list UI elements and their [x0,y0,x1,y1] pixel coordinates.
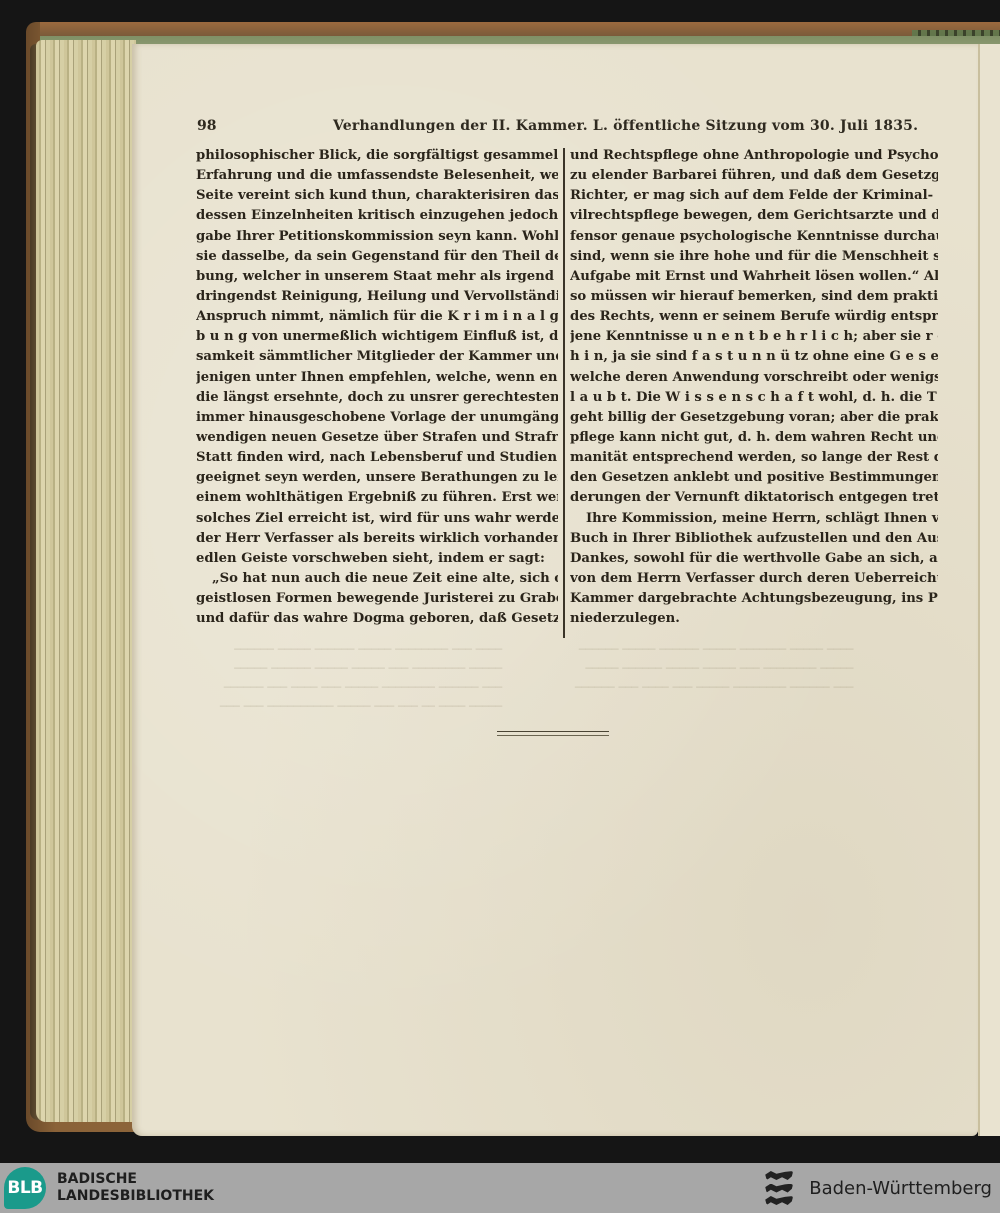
text-line: des Rechts, wenn er seinem Berufe würdig… [570,307,938,327]
text-line: den Gesetzen anklebt und positive Bestim… [570,468,938,488]
text-line: immer hinausgeschobene Vorlage der unumg… [196,408,558,428]
quote-line: sind, wenn sie ihre hohe und für die Men… [570,247,938,267]
text-line: sie dasselbe, da sein Gegenstand für den… [196,247,558,267]
text-line: jene Kenntnisse u n e n t b e h r l i c … [570,327,938,347]
text-line: Aufgabe mit Ernst und Wahrheit lösen wol… [570,267,938,287]
bleed-through-texture: ──── ───── ─────── ───── ────── ───── ──… [575,640,853,697]
column-divider [563,148,565,638]
text-line: Seite vereint sich kund thun, charakteri… [196,186,558,206]
quote-line: fensor genaue psychologische Kenntnisse … [570,227,938,247]
text-line: philosophischer Blick, die sorgfältigst … [196,146,558,166]
text-line: gabe Ihrer Petitionskommission seyn kann… [196,227,558,247]
text-line: geht billig der Gesetzgebung voran; aber… [570,408,938,428]
text-line: h i n, ja sie sind f a s t u n n ü tz oh… [570,347,938,367]
text-line: von dem Herrn Verfasser durch deren Uebe… [570,569,938,589]
text-line: samkeit sämmtlicher Mitglieder der Kamme… [196,347,558,367]
text-line: Anspruch nimmt, nämlich für die K r i m … [196,307,558,327]
library-name-line2: LANDESBIBLIOTHEK [57,1188,214,1205]
text-line: welche deren Anwendung vorschreibt oder … [570,368,938,388]
text-line: einem wohlthätigen Ergebniß zu führen. E… [196,488,558,508]
text-line: Ihre Kommission, meine Herrn, schlägt Ih… [570,509,938,529]
text-line: b u n g von unermeßlich wichtigem Einflu… [196,327,558,347]
page-number: 98 [197,118,216,134]
text-line: manität entsprechend werden, so lange de… [570,448,938,468]
text-line: dringendst Reinigung, Heilung und Vervol… [196,287,558,307]
text-line: pflege kann nicht gut, d. h. dem wahren … [570,428,938,448]
section-end-rule [497,731,609,736]
quote-line: vilrechtspflege bewegen, dem Gerichtsarz… [570,206,938,226]
running-head-title: Verhandlungen der II. Kammer. L. öffentl… [333,118,918,134]
state-name: Baden-Württemberg [809,1178,992,1199]
text-line: Buch in Ihrer Bibliothek aufzustellen un… [570,529,938,549]
text-column-right: und Rechtspflege ohne Anthropologie und … [570,146,938,629]
text-line: bung, welcher in unserem Staat mehr als … [196,267,558,287]
book-cover-top-edge [40,22,1000,36]
page-stack-edge [36,40,136,1122]
text-line: Dankes, sowohl für die werthvolle Gabe a… [570,549,938,569]
text-line: der Herr Verfasser als bereits wirklich … [196,529,558,549]
text-line: niederzulegen. [570,609,938,629]
text-line: geeignet seyn werden, unsere Berathungen… [196,468,558,488]
quote-line: zu elender Barbarei führen, und daß dem … [570,166,938,186]
library-name-line1: BADISCHE [57,1171,214,1188]
text-line: so müssen wir hierauf bemerken, sind dem… [570,287,938,307]
running-head: 98 Verhandlungen der II. Kammer. L. öffe… [197,118,797,138]
quote-line: Richter, er mag sich auf dem Felde der K… [570,186,938,206]
text-line: Erfahrung und die umfassendste Belesenhe… [196,166,558,186]
text-line: die längst ersehnte, doch zu unsrer gere… [196,388,558,408]
text-column-left: philosophischer Blick, die sorgfältigst … [196,146,558,629]
text-line: Kammer dargebrachte Achtungsbezeugung, i… [570,589,938,609]
text-line: derungen der Vernunft diktatorisch entge… [570,488,938,508]
text-line: wendigen neuen Gesetze über Strafen und … [196,428,558,448]
text-line: jenigen unter Ihnen empfehlen, welche, w… [196,368,558,388]
footer-bar: BLB BADISCHE LANDESBIBLIOTHEK Baden-Würt… [0,1163,1000,1213]
scan-viewer: ──── ─── ──────── ───── ────── ───── ───… [0,0,1000,1163]
quote-line: geistlosen Formen bewegende Juristerei z… [196,589,558,609]
baden-wuerttemberg-logo[interactable]: Baden-Württemberg [765,1171,992,1205]
three-lions-icon [765,1171,795,1205]
quote-line: „So hat nun auch die neue Zeit eine alte… [196,569,558,589]
quote-line: und Rechtspflege ohne Anthropologie und … [570,146,938,166]
text-line: edlen Geiste vorschweben sieht, indem er… [196,549,558,569]
bleed-through-texture: ──── ─── ──────── ───── ────── ───── ───… [220,640,502,716]
library-name[interactable]: BADISCHE LANDESBIBLIOTHEK [57,1171,214,1205]
text-line: dessen Einzelnheiten kritisch einzugehen… [196,206,558,226]
quote-line: und dafür das wahre Dogma geboren, daß G… [196,609,558,629]
adjacent-page-edge [978,44,1000,1136]
text-line: l a u b t. Die W i s s e n s c h a f t w… [570,388,938,408]
blb-logo-icon[interactable]: BLB [4,1167,46,1209]
text-line: Statt finden wird, nach Lebensberuf und … [196,448,558,468]
text-line: solches Ziel erreicht ist, wird für uns … [196,509,558,529]
